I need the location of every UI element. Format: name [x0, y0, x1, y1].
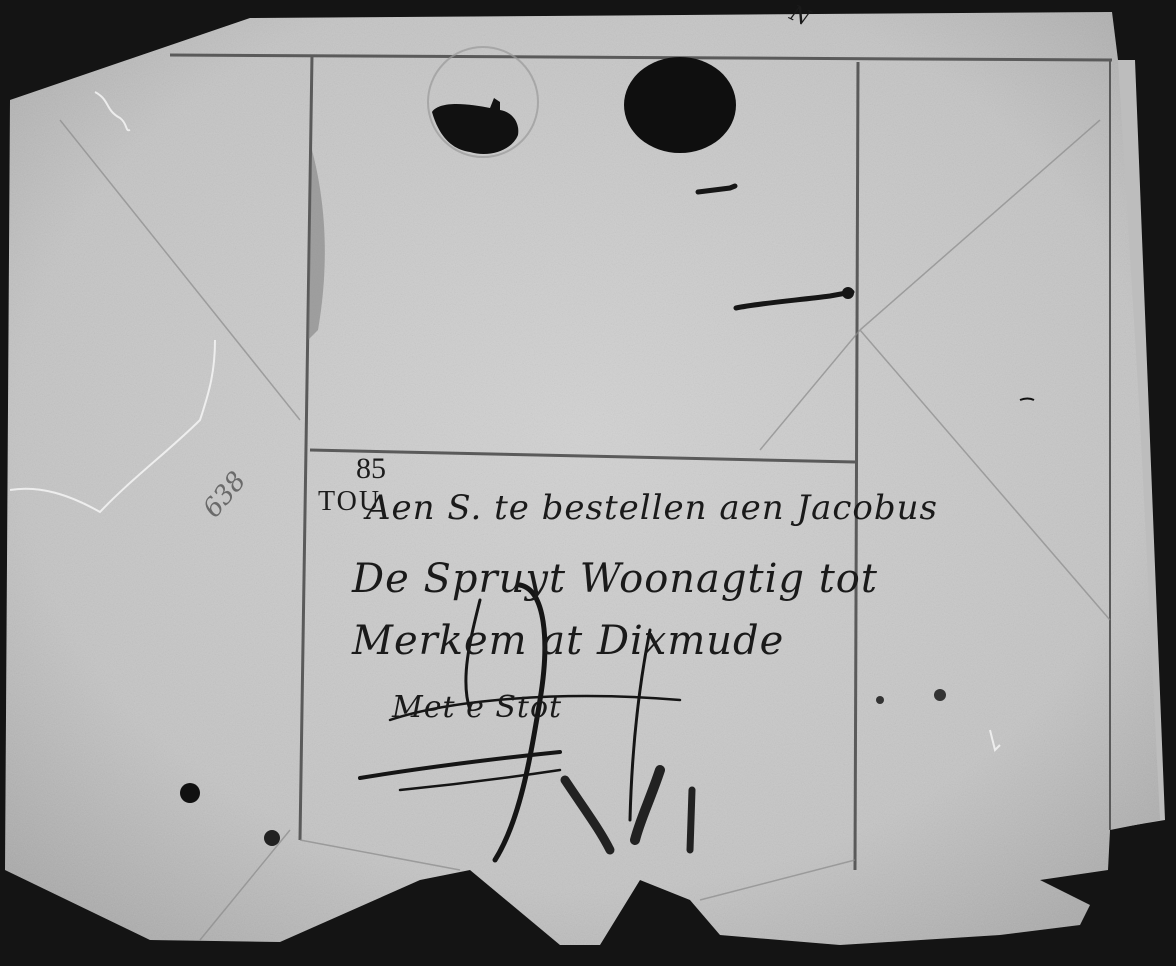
address-line-1: Aen S. te bestellen aen Jacobus — [366, 488, 938, 528]
address-line-3: Merkem at Dixmude — [352, 618, 784, 664]
wax-seal-right — [624, 57, 736, 153]
letter-photograph: 85 TOU Aen S. te bestellen aen Jacobus D… — [0, 0, 1176, 966]
letter-paper — [0, 0, 1176, 966]
address-line-2: De Spruyt Woonagtig tot — [352, 556, 878, 602]
rate-mark: 85 — [356, 452, 386, 486]
address-line-4: Met e Stot — [392, 690, 562, 725]
